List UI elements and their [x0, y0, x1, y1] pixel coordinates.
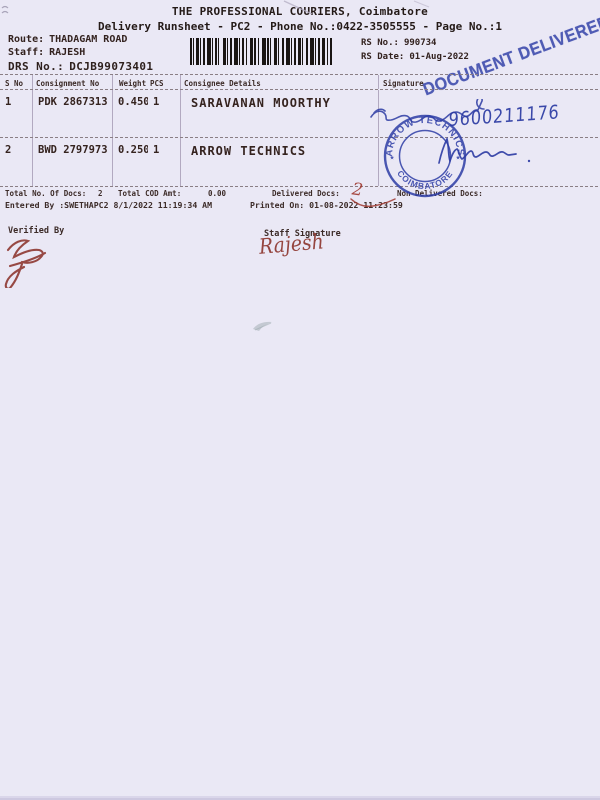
scan-speck [1, 5, 13, 17]
staff-line: Staff:RAJESH [8, 46, 153, 59]
stamp-arc-bottom-text: COIMBATORE [395, 168, 455, 191]
col-header-pcs: PCS [148, 75, 180, 89]
cell-consignee: ARROW TECHNICS [180, 138, 378, 186]
cell-consignee: SARAVANAN MOORTHY [180, 90, 378, 137]
rs-no-label: RS No.: [361, 38, 399, 48]
svg-text:ARROW TECHNICS: ARROW TECHNICS [384, 115, 466, 157]
cell-pcs: 1 [148, 138, 180, 186]
route-label: Route: [8, 34, 44, 45]
drs-line: DRS No.:DCJB99073401 [8, 59, 153, 74]
stamp-star-left-icon: ★ [390, 153, 395, 162]
rs-date-value: 01-Aug-2022 [409, 52, 469, 62]
route-value: THADAGAM ROAD [49, 34, 127, 45]
col-header-signature: Signature [378, 75, 598, 89]
total-docs-label: Total No. Of Docs: [5, 189, 86, 198]
total-docs-value: 2 [98, 189, 103, 198]
stamp-star-right-icon: ★ [456, 153, 461, 162]
cell-weight: 0.250 [112, 138, 148, 186]
staff-value: RAJESH [49, 47, 85, 58]
drs-label: DRS No.: [8, 60, 64, 73]
cell-weight: 0.450 [112, 90, 148, 137]
cell-consignment: BWD 2797973 [32, 138, 112, 186]
bottom-scan-edge [0, 796, 600, 800]
svg-text:COIMBATORE: COIMBATORE [395, 168, 455, 191]
rs-date-line: RS Date:01-Aug-2022 [361, 51, 469, 65]
drs-value: DCJB99073401 [69, 60, 153, 73]
header-meta-left: Route:THADAGAM ROAD Staff:RAJESH DRS No.… [8, 33, 153, 74]
table-header-row: S No Consignment No Weight PCS Consignee… [0, 74, 598, 90]
header-meta-right: RS No.:990734 RS Date:01-Aug-2022 [361, 37, 469, 64]
col-header-weight: Weight [112, 75, 148, 89]
cod-amt-label: Total COD Amt: [118, 189, 181, 198]
delivered-docs-label: Delivered Docs: [272, 189, 340, 198]
page-subtitle: Delivery Runsheet - PC2 - Phone No.:0422… [0, 20, 600, 33]
entered-by-line: Entered By :SWETHAPC2 8/1/2022 11:19:34 … [5, 200, 212, 210]
fold-mark [413, 0, 431, 9]
cell-sno: 1 [0, 90, 32, 137]
col-header-consignee: Consignee Details [180, 75, 378, 89]
cell-sno: 2 [0, 138, 32, 186]
rs-date-label: RS Date: [361, 52, 404, 62]
cod-amt-value: 0.00 [208, 189, 226, 198]
rs-no-line: RS No.:990734 [361, 37, 469, 51]
staff-label: Staff: [8, 47, 44, 58]
verified-by-signature-scribble [0, 232, 62, 288]
cell-pcs: 1 [148, 90, 180, 137]
scan-smudge [250, 317, 276, 335]
col-header-consignment: Consignment No [32, 75, 112, 89]
arrow-technics-round-stamp: ARROW TECHNICS COIMBATORE ★ ★ [381, 112, 469, 200]
route-line: Route:THADAGAM ROAD [8, 33, 153, 46]
cell-consignment: PDK 2867313 [32, 90, 112, 137]
scanned-delivery-runsheet: THE PROFESSIONAL COURIERS, Coimbatore De… [0, 0, 600, 800]
rs-no-value: 990734 [404, 38, 437, 48]
barcode-icon [190, 38, 334, 65]
col-header-sno: S No [0, 75, 32, 89]
staff-signature-handwriting: Rajesh [258, 229, 325, 259]
fold-mark [283, 0, 315, 16]
stamp-arc-top-text: ARROW TECHNICS [384, 115, 466, 157]
